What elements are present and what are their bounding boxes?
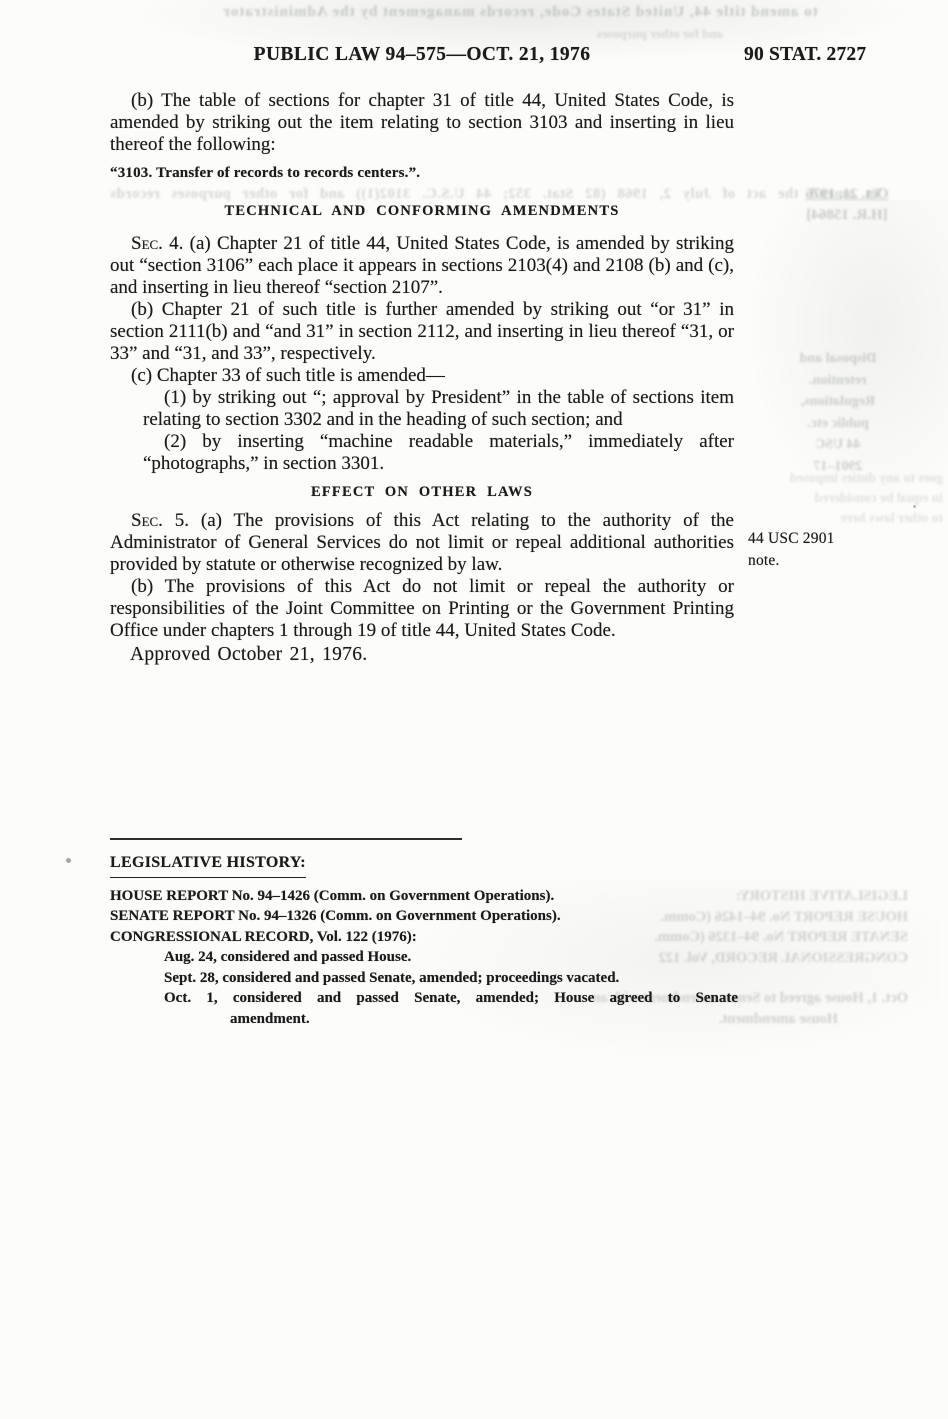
- heading-technical-amendments: TECHNICAL AND CONFORMING AMENDMENTS: [110, 202, 734, 220]
- scan-speck: [913, 505, 916, 508]
- paragraph-sec4-b: (b) Chapter 21 of such title is further …: [110, 299, 734, 365]
- statutes-at-large-citation: 90 STAT. 2727: [744, 44, 904, 66]
- bleedthrough-date-note: Oct. 21, 1976 [H.R. 15864]: [764, 184, 930, 226]
- paragraph-sec5-b: (b) The provisions of this Act do not li…: [110, 576, 734, 642]
- statute-text-column: (b) The table of sections for chapter 31…: [110, 90, 734, 666]
- bleedthrough-margin-line: retention.: [768, 370, 908, 392]
- bleedthrough-date: Oct. 21, 1976: [764, 184, 930, 205]
- bleedthrough-bill-number: [H.R. 15864]: [764, 205, 930, 226]
- usc-margin-note: 44 USC 2901 note.: [748, 528, 908, 572]
- paragraph-b-chapter31: (b) The table of sections for chapter 31…: [110, 90, 734, 156]
- usc-margin-note-line2: note.: [748, 550, 908, 572]
- sec4-lead: Sec. 4.: [131, 233, 183, 254]
- record-entry-sept28: Sept. 28, considered and passed Senate, …: [164, 968, 738, 989]
- bleedthrough-margin-note: Disposal and retention. Regulations, pub…: [768, 348, 908, 477]
- senate-report-line: SENATE REPORT No. 94–1326 (Comm. on Gove…: [110, 906, 738, 927]
- bleedthrough-top-line: to amend title 44, United States Code, r…: [140, 4, 900, 21]
- sec4-a-text: (a) Chapter 21 of title 44, United State…: [110, 233, 734, 298]
- legislative-history-rule: [110, 838, 462, 840]
- paragraph-sec4-c1: (1) by striking out “; approval by Presi…: [143, 387, 734, 431]
- paragraph-sec4-c: (c) Chapter 33 of such title is amended—: [110, 365, 734, 387]
- bleedthrough-margin-line: 44 USC: [768, 434, 908, 456]
- record-entry-oct1: Oct. 1, considered and passed Senate, am…: [164, 988, 738, 1009]
- legislative-history-title: LEGISLATIVE HISTORY:: [110, 853, 306, 878]
- usc-margin-note-line1: 44 USC 2901: [748, 528, 908, 550]
- scanned-statute-page: to amend title 44, United States Code, r…: [0, 0, 948, 1419]
- bleedthrough-margin-line: Disposal and: [768, 348, 908, 370]
- bleedthrough-side-line: goes to any duties imposed: [738, 468, 943, 488]
- heading-effect-on-other-laws: EFFECT ON OTHER LAWS: [110, 483, 734, 501]
- congressional-record-line: CONGRESSIONAL RECORD, Vol. 122 (1976):: [110, 927, 738, 948]
- paragraph-sec5-a: Sec. 5. (a) The provisions of this Act r…: [110, 510, 734, 576]
- record-entry-aug24: Aug. 24, considered and passed House.: [164, 947, 738, 968]
- running-head-title: PUBLIC LAW 94–575—OCT. 21, 1976: [110, 44, 734, 66]
- table-of-sections-item: “3103. Transfer of records to records ce…: [110, 164, 734, 182]
- bleedthrough-margin-line: public etc.: [768, 413, 908, 435]
- sec5-lead: Sec. 5.: [131, 510, 189, 531]
- record-entry-oct1-continuation: amendment.: [230, 1009, 738, 1030]
- paragraph-sec4-a: Sec. 4. (a) Chapter 21 of title 44, Unit…: [110, 233, 734, 299]
- house-report-line: HOUSE REPORT No. 94–1426 (Comm. on Gover…: [110, 886, 738, 907]
- legislative-history-section: LEGISLATIVE HISTORY: HOUSE REPORT No. 94…: [110, 838, 738, 1029]
- paragraph-sec4-c2: (2) by inserting “machine readable mater…: [143, 431, 734, 475]
- bleedthrough-margin-line: Regulations,: [768, 391, 908, 413]
- bleedthrough-top-line-2: and for other purposes: [420, 26, 900, 42]
- bleedthrough-side-line: to other laws here: [738, 508, 943, 528]
- bleedthrough-margin-line: 2901–17: [768, 456, 908, 478]
- approval-line: Approved October 21, 1976.: [110, 644, 734, 666]
- scan-speck: [66, 858, 71, 863]
- sec5-a-text: (a) The provisions of this Act relating …: [110, 510, 734, 575]
- bleedthrough-side-text: goes to any duties imposed in equal be c…: [738, 468, 943, 528]
